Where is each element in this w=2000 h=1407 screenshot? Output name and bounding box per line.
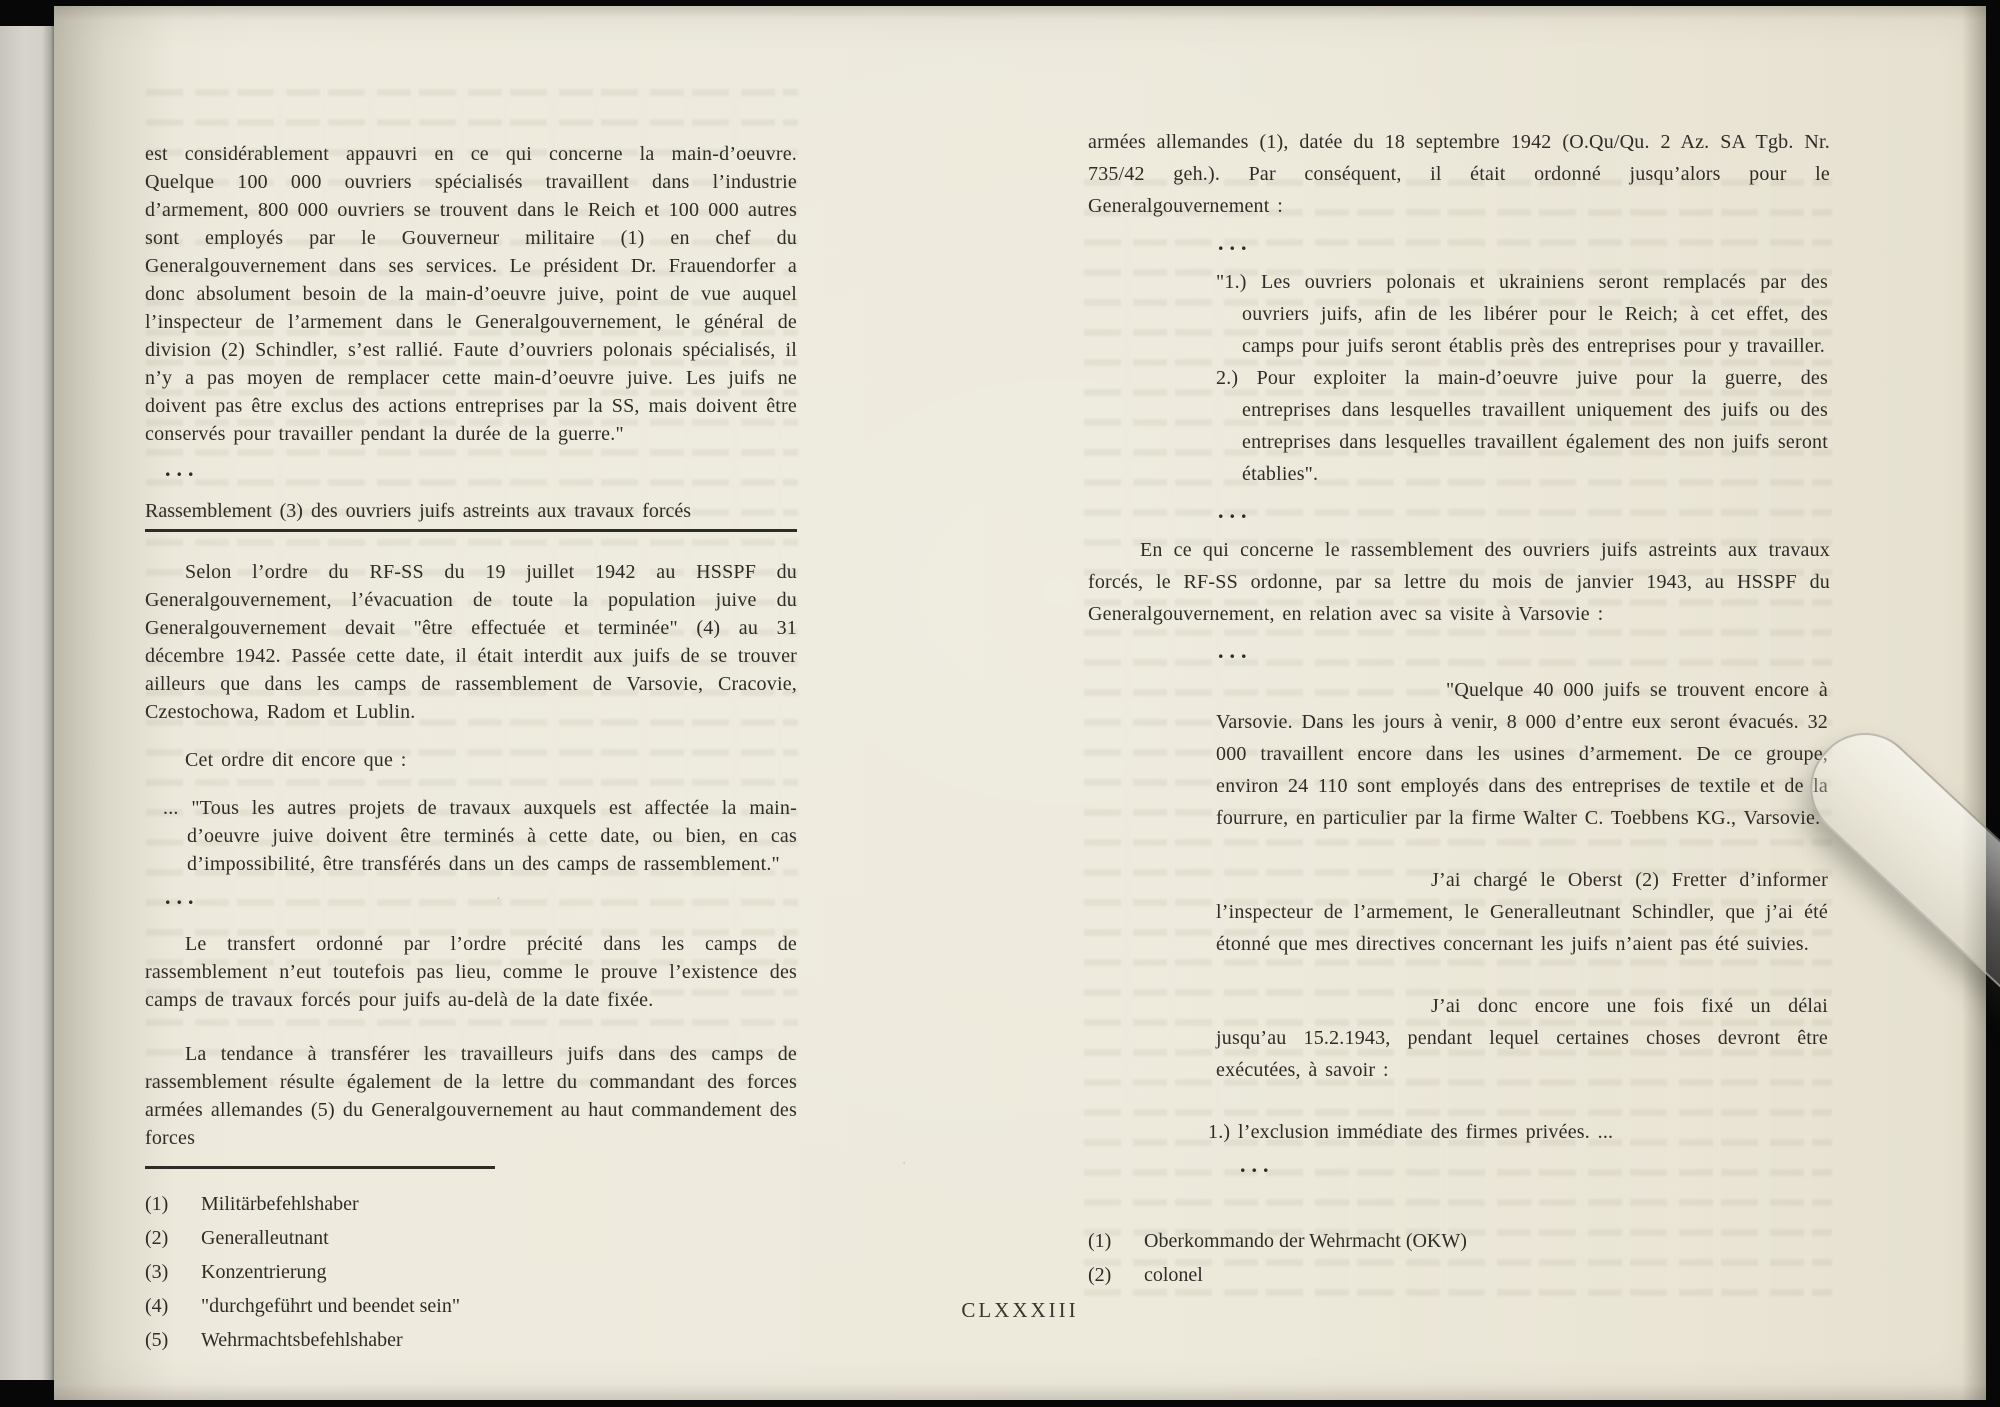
page-stack-edge: [0, 26, 54, 1380]
footnote: (1)Militärbefehlshaber: [145, 1189, 797, 1219]
footnote-text: Oberkommando der Wehrmacht (OKW): [1144, 1230, 1467, 1252]
footnote-text: Wehrmachtsbefehlshaber: [201, 1329, 403, 1351]
footnote: (1)Oberkommando der Wehrmacht (OKW): [1088, 1226, 1830, 1256]
section-heading: Rassemblement (3) des ouvriers juifs ast…: [145, 498, 797, 532]
footnote-group: (1)Oberkommando der Wehrmacht (OKW) (2)c…: [1088, 1226, 1830, 1290]
ellipsis-marker: ...: [1240, 1152, 1830, 1178]
paragraph: En ce qui concerne le rassemblement des …: [1088, 534, 1830, 630]
block-quote: ... "Tous les autres projets de travaux …: [187, 794, 797, 878]
left-column: est considérablement appauvri en ce qui …: [145, 140, 797, 1359]
quote-list-item: 2.) Pour exploiter la main-d’oeuvre juiv…: [1216, 362, 1828, 490]
paragraph-continuation: armées allemandes (1), datée du 18 septe…: [1088, 126, 1830, 222]
paragraph-continuation: est considérablement appauvri en ce qui …: [145, 140, 797, 448]
right-column: armées allemandes (1), datée du 18 septe…: [1088, 126, 1830, 1294]
footnote-text: Militärbefehlshaber: [201, 1193, 359, 1215]
footnote-text: Konzentrierung: [201, 1261, 327, 1283]
footnote-rule: [145, 1166, 495, 1169]
footnote-number: (3): [145, 1257, 201, 1287]
quote-list-item: 1.) l’exclusion immédiate des firmes pri…: [1208, 1116, 1830, 1148]
page-number: CLXXXIII: [54, 1298, 1986, 1323]
paragraph: Cet ordre dit encore que :: [145, 746, 797, 774]
footnote: (2)Generalleutnant: [145, 1223, 797, 1253]
footnote-number: (2): [1088, 1260, 1144, 1290]
block-quote: "Quelque 40 000 juifs se trouvent encore…: [1216, 674, 1828, 834]
ellipsis-marker: ...: [165, 456, 797, 482]
book-page: est considérablement appauvri en ce qui …: [54, 6, 1986, 1400]
block-quote: J’ai donc encore une fois fixé un délai …: [1216, 990, 1828, 1086]
footnote-number: (2): [145, 1223, 201, 1253]
footnote: (3)Konzentrierung: [145, 1257, 797, 1287]
paragraph: Selon l’ordre du RF-SS du 19 juillet 194…: [145, 558, 797, 726]
paragraph: La tendance à transférer les travailleur…: [145, 1040, 797, 1152]
ellipsis-marker: ...: [1218, 638, 1830, 664]
quote-list-item: "1.) Les ouvriers polonais et ukrainiens…: [1216, 266, 1828, 362]
block-quote: J’ai chargé le Oberst (2) Fretter d’info…: [1216, 864, 1828, 960]
footnote-text: Generalleutnant: [201, 1227, 329, 1249]
ellipsis-marker: ...: [1218, 230, 1830, 256]
ellipsis-marker: ...: [165, 884, 797, 910]
scanner-bed: est considérablement appauvri en ce qui …: [0, 0, 2000, 1407]
footnote-text: colonel: [1144, 1264, 1203, 1286]
footnote-number: (1): [1088, 1226, 1144, 1256]
block-quote-list: "1.) Les ouvriers polonais et ukrainiens…: [1216, 266, 1828, 490]
footnote-number: (5): [145, 1325, 201, 1355]
ellipsis-marker: ...: [1218, 498, 1830, 524]
footnote: (5)Wehrmachtsbefehlshaber: [145, 1325, 797, 1355]
paragraph: Le transfert ordonné par l’ordre précité…: [145, 930, 797, 1014]
footnote-number: (1): [145, 1189, 201, 1219]
footnote: (2)colonel: [1088, 1260, 1830, 1290]
